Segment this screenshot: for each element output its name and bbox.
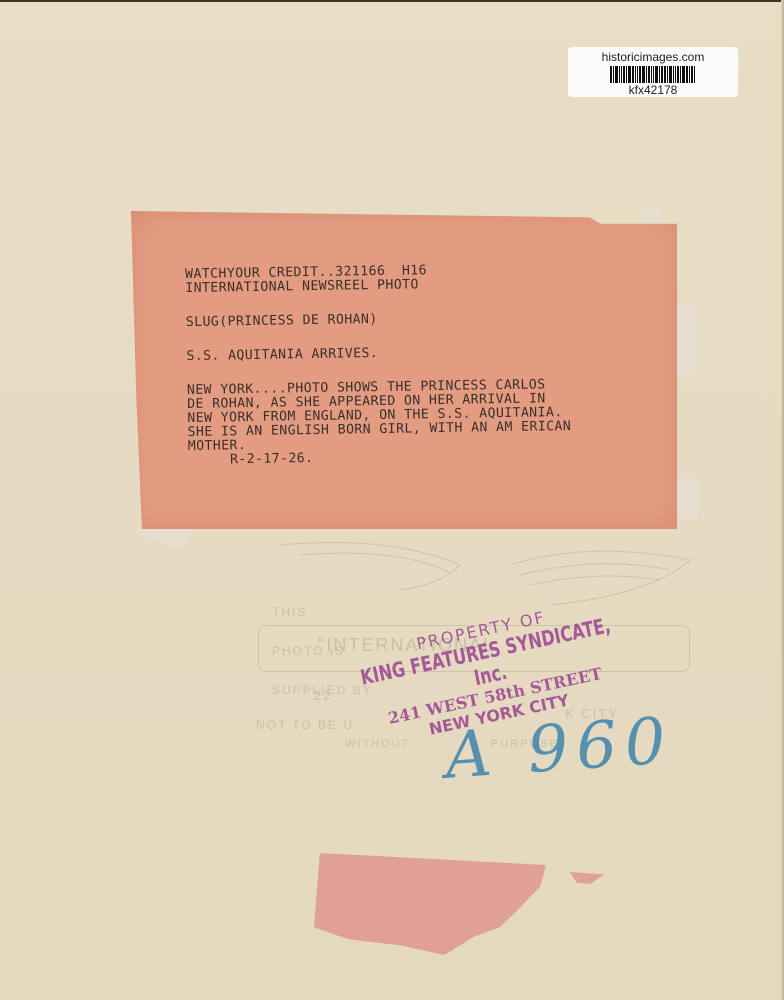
barcode-label: historicimages.com kfx42178 (568, 47, 738, 97)
torn-paper-fragment (570, 872, 604, 884)
barcode-icon (594, 66, 712, 83)
photo-back-page: historicimages.com kfx42178 WATCHYOUR CR… (0, 0, 784, 1000)
torn-paper-remnant (314, 853, 604, 973)
label-site: historicimages.com (568, 50, 738, 64)
caption-text: WATCHYOUR CREDIT..321166 H16 INTERNATION… (185, 260, 668, 468)
handwritten-number: A 960 (443, 704, 676, 794)
label-code: kfx42178 (568, 83, 738, 97)
